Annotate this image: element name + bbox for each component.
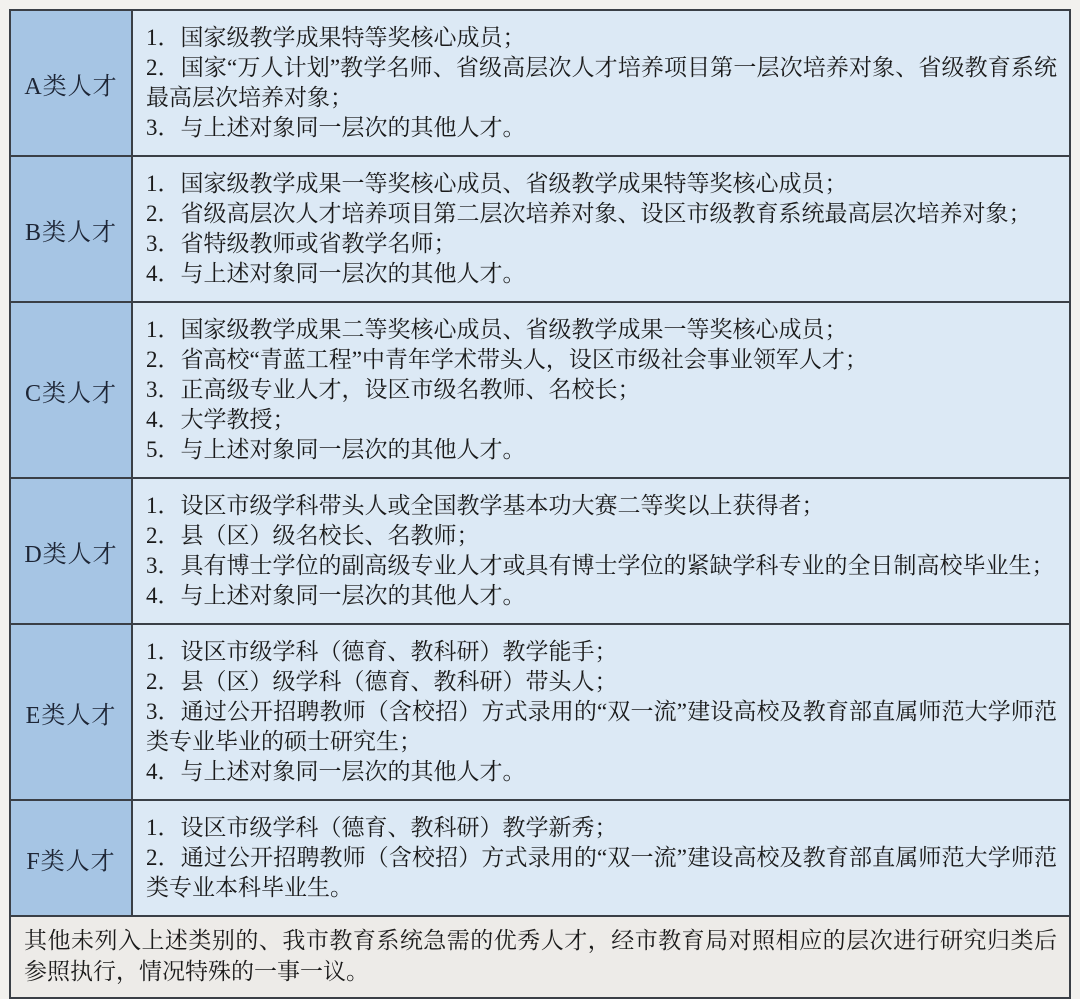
criteria-item: 1．国家级教学成果特等奖核心成员； xyxy=(146,23,1057,53)
criteria-item: 2．省高校“青蓝工程”中青年学术带头人，设区市级社会事业领军人才； xyxy=(146,345,1057,375)
criteria-item: 2．县（区）级名校长、名教师； xyxy=(146,521,1057,551)
criteria-item: 4．与上述对象同一层次的其他人才。 xyxy=(146,259,1057,289)
criteria-item: 1．设区市级学科（德育、教科研）教学能手； xyxy=(146,637,1057,667)
criteria-item: 3．与上述对象同一层次的其他人才。 xyxy=(146,113,1057,143)
table-row: E类人才1．设区市级学科（德育、教科研）教学能手；2．县（区）级学科（德育、教科… xyxy=(10,624,1070,800)
criteria-item: 4．大学教授； xyxy=(146,405,1057,435)
criteria-item: 1．国家级教学成果一等奖核心成员、省级教学成果特等奖核心成员； xyxy=(146,169,1057,199)
table-row: B类人才1．国家级教学成果一等奖核心成员、省级教学成果特等奖核心成员；2．省级高… xyxy=(10,156,1070,302)
table-row: C类人才1．国家级教学成果二等奖核心成员、省级教学成果一等奖核心成员；2．省高校… xyxy=(10,302,1070,478)
criteria-item: 1．设区市级学科（德育、教科研）教学新秀； xyxy=(146,813,1057,843)
talent-rows-body: A类人才1．国家级教学成果特等奖核心成员；2．国家“万人计划”教学名师、省级高层… xyxy=(10,10,1070,916)
criteria-item: 3．通过公开招聘教师（含校招）方式录用的“双一流”建设高校及教育部直属师范大学师… xyxy=(146,697,1057,757)
criteria-item: 2．国家“万人计划”教学名师、省级高层次人才培养项目第一层次培养对象、省级教育系… xyxy=(146,53,1057,113)
talent-criteria-cell: 1．设区市级学科（德育、教科研）教学能手；2．县（区）级学科（德育、教科研）带头… xyxy=(132,624,1070,800)
criteria-item: 1．国家级教学成果二等奖核心成员、省级教学成果一等奖核心成员； xyxy=(146,315,1057,345)
footer-row: 其他未列入上述类别的、我市教育系统急需的优秀人才，经市教育局对照相应的层次进行研… xyxy=(10,916,1070,998)
table-row: D类人才1．设区市级学科带头人或全国教学基本功大赛二等奖以上获得者；2．县（区）… xyxy=(10,478,1070,624)
talent-category-label: E类人才 xyxy=(10,624,132,800)
talent-footer-body: 其他未列入上述类别的、我市教育系统急需的优秀人才，经市教育局对照相应的层次进行研… xyxy=(10,916,1070,998)
talent-criteria-cell: 1．国家级教学成果一等奖核心成员、省级教学成果特等奖核心成员；2．省级高层次人才… xyxy=(132,156,1070,302)
talent-category-label: B类人才 xyxy=(10,156,132,302)
talent-criteria-cell: 1．设区市级学科（德育、教科研）教学新秀；2．通过公开招聘教师（含校招）方式录用… xyxy=(132,800,1070,916)
talent-category-label: C类人才 xyxy=(10,302,132,478)
criteria-item: 2．通过公开招聘教师（含校招）方式录用的“双一流”建设高校及教育部直属师范大学师… xyxy=(146,843,1057,903)
talent-category-label: A类人才 xyxy=(10,10,132,156)
criteria-item: 3．省特级教师或省教学名师； xyxy=(146,229,1057,259)
criteria-item: 2．省级高层次人才培养项目第二层次培养对象、设区市级教育系统最高层次培养对象； xyxy=(146,199,1057,229)
talent-criteria-cell: 1．国家级教学成果特等奖核心成员；2．国家“万人计划”教学名师、省级高层次人才培… xyxy=(132,10,1070,156)
footer-note: 其他未列入上述类别的、我市教育系统急需的优秀人才，经市教育局对照相应的层次进行研… xyxy=(10,916,1070,998)
talent-classification-page: A类人才1．国家级教学成果特等奖核心成员；2．国家“万人计划”教学名师、省级高层… xyxy=(0,0,1080,990)
criteria-item: 4．与上述对象同一层次的其他人才。 xyxy=(146,757,1057,787)
criteria-item: 5．与上述对象同一层次的其他人才。 xyxy=(146,435,1057,465)
table-row: A类人才1．国家级教学成果特等奖核心成员；2．国家“万人计划”教学名师、省级高层… xyxy=(10,10,1070,156)
criteria-item: 4．与上述对象同一层次的其他人才。 xyxy=(146,581,1057,611)
talent-criteria-cell: 1．国家级教学成果二等奖核心成员、省级教学成果一等奖核心成员；2．省高校“青蓝工… xyxy=(132,302,1070,478)
criteria-item: 3．具有博士学位的副高级专业人才或具有博士学位的紧缺学科专业的全日制高校毕业生； xyxy=(146,551,1057,581)
criteria-item: 2．县（区）级学科（德育、教科研）带头人； xyxy=(146,667,1057,697)
talent-category-label: D类人才 xyxy=(10,478,132,624)
talent-category-label: F类人才 xyxy=(10,800,132,916)
criteria-item: 1．设区市级学科带头人或全国教学基本功大赛二等奖以上获得者； xyxy=(146,491,1057,521)
talent-classification-table: A类人才1．国家级教学成果特等奖核心成员；2．国家“万人计划”教学名师、省级高层… xyxy=(9,9,1071,999)
table-row: F类人才1．设区市级学科（德育、教科研）教学新秀；2．通过公开招聘教师（含校招）… xyxy=(10,800,1070,916)
talent-criteria-cell: 1．设区市级学科带头人或全国教学基本功大赛二等奖以上获得者；2．县（区）级名校长… xyxy=(132,478,1070,624)
criteria-item: 3．正高级专业人才，设区市级名教师、名校长； xyxy=(146,375,1057,405)
